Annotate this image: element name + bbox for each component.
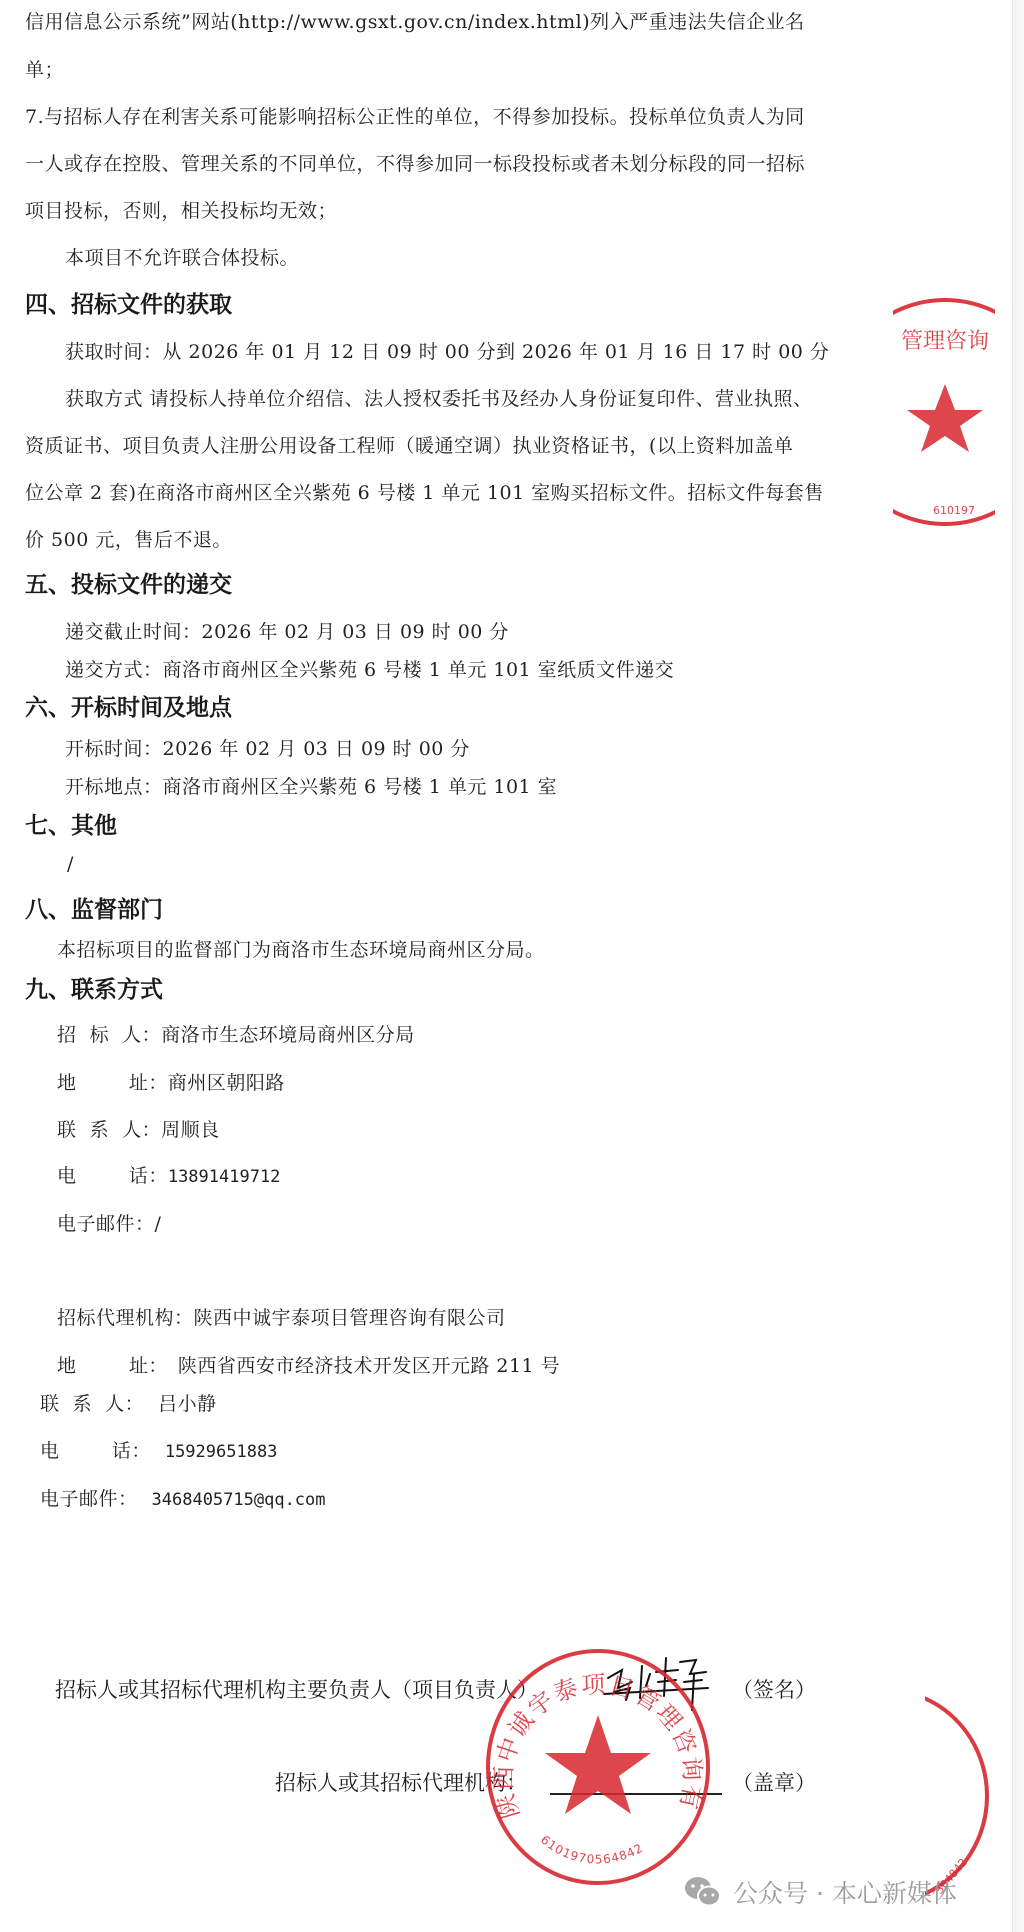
seal-blank-underline — [550, 1793, 722, 1795]
page-right-edge — [1012, 0, 1024, 1932]
agency-contact-label: 联 系 人： — [40, 1392, 144, 1416]
tenderer-address-value: 商州区朝阳路 — [168, 1072, 285, 1094]
agency-address-row: 地 址：陕西省西安市经济技术开发区开元路 211 号 — [57, 1354, 560, 1378]
tenderer-address-label: 地 址： — [57, 1071, 168, 1095]
agency-phone-label: 电 话： — [40, 1439, 151, 1463]
intro-line-2: 单； — [25, 58, 64, 82]
agency-contact-row: 联 系 人：吕小静 — [40, 1392, 217, 1416]
tenderer-contact-value: 周顺良 — [161, 1119, 220, 1141]
agency-phone-value: 15929651883 — [165, 1442, 278, 1462]
section6-line-1: 开标时间：2026 年 02 月 03 日 09 时 00 分 — [65, 737, 470, 761]
tenderer-name-row: 招 标 人：商洛市生态环境局商州区分局 — [57, 1023, 415, 1047]
partial-seal-top-number: 610197 — [933, 504, 975, 517]
section-heading-5: 五、投标文件的递交 — [25, 571, 232, 599]
tenderer-contact-label: 联 系 人： — [57, 1118, 161, 1142]
agency-address-value: 陕西省西安市经济技术开发区开元路 211 号 — [178, 1355, 560, 1377]
partial-seal-star-icon — [907, 384, 983, 452]
signature-principal-label: 招标人或其招标代理机构主要负责人（项目负责人） — [55, 1678, 538, 1702]
signature-suffix-sign: （签名） — [732, 1677, 816, 1703]
svg-text:6101970564842: 6101970564842 — [538, 1833, 646, 1867]
section-heading-8: 八、监督部门 — [25, 896, 163, 924]
agency-phone-row: 电 话：15929651883 — [40, 1439, 277, 1464]
agency-name-row: 招标代理机构：陕西中诚宇泰项目管理咨询有限公司 — [57, 1306, 506, 1330]
partial-seal-top-right: 管理咨询 610197 — [893, 296, 995, 528]
intro-line-5: 项目投标，否则，相关投标均无效； — [25, 199, 337, 223]
tenderer-phone-value: 13891419712 — [168, 1167, 281, 1187]
agency-name-value: 陕西中诚宇泰项目管理咨询有限公司 — [194, 1307, 506, 1329]
signature-suffix-seal: （盖章） — [732, 1770, 816, 1796]
partial-seal-bottom-right: 有限公司 564842 — [925, 1690, 995, 1902]
tenderer-phone-label: 电 话： — [57, 1164, 168, 1188]
section-heading-4: 四、招标文件的获取 — [25, 291, 232, 319]
tenderer-contact-row: 联 系 人：周顺良 — [57, 1118, 220, 1142]
agency-name-label: 招标代理机构： — [57, 1306, 194, 1330]
wechat-watermark: 公众号 · 本心新媒体 — [683, 1874, 957, 1910]
section5-line-1: 递交截止时间：2026 年 02 月 03 日 09 时 00 分 — [65, 620, 509, 644]
tenderer-email-label: 电子邮件： — [57, 1212, 155, 1236]
section-heading-6: 六、开标时间及地点 — [25, 694, 232, 722]
intro-line-6: 本项目不允许联合体投标。 — [65, 246, 299, 270]
section4-line-4: 位公章 2 套)在商洛市商州区全兴紫苑 6 号楼 1 单元 101 室购买招标文… — [25, 481, 824, 505]
partial-seal-top-text: 管理咨询 — [901, 329, 989, 354]
tenderer-email-row: 电子邮件：/ — [57, 1212, 161, 1236]
section4-line-2: 获取方式 请投标人持单位介绍信、法人授权委托书及经办人身份证复印件、营业执照、 — [65, 387, 813, 411]
section6-line-2: 开标地点：商洛市商州区全兴紫苑 6 号楼 1 单元 101 室 — [65, 775, 557, 799]
section4-line-3: 资质证书、项目负责人注册公用设备工程师（暖通空调）执业资格证书，(以上资料加盖单 — [25, 434, 793, 458]
section4-line-5: 价 500 元，售后不退。 — [25, 528, 232, 552]
tenderer-phone-row: 电 话：13891419712 — [57, 1164, 280, 1189]
seal-number: 6101970564842 — [538, 1833, 646, 1867]
intro-line-4: 一人或存在控股、管理关系的不同单位，不得参加同一标段投标或者未划分标段的同一招标 — [25, 152, 805, 176]
document-page: 信用信息公示系统”网站(http://www.gsxt.gov.cn/index… — [0, 0, 1024, 1932]
section-heading-9: 九、联系方式 — [25, 976, 163, 1004]
agency-contact-value: 吕小静 — [158, 1393, 217, 1415]
tenderer-address-row: 地 址：商州区朝阳路 — [57, 1071, 285, 1095]
agency-email-row: 电子邮件：3468405715@qq.com — [40, 1487, 326, 1512]
agency-email-value: 3468405715@qq.com — [152, 1490, 326, 1510]
seal-star-icon — [545, 1715, 651, 1814]
section8-line-1: 本招标项目的监督部门为商洛市生态环境局商州区分局。 — [57, 938, 545, 962]
wechat-icon — [683, 1875, 723, 1909]
agency-address-label: 地 址： — [57, 1354, 168, 1378]
tenderer-name-label: 招 标 人： — [57, 1023, 161, 1047]
signature-line-principal: 招标人或其招标代理机构主要负责人（项目负责人） — [55, 1677, 538, 1703]
intro-line-3: 7.与招标人存在利害关系可能影响招标公正性的单位，不得参加投标。投标单位负责人为… — [25, 105, 805, 129]
intro-line-1: 信用信息公示系统”网站(http://www.gsxt.gov.cn/index… — [25, 10, 805, 34]
tenderer-name-value: 商洛市生态环境局商州区分局 — [161, 1024, 415, 1046]
watermark-text: 公众号 · 本心新媒体 — [733, 1874, 957, 1910]
agency-email-label: 电子邮件： — [40, 1487, 138, 1511]
section4-line-1: 获取时间：从 2026 年 01 月 12 日 09 时 00 分到 2026 … — [65, 340, 829, 364]
handwritten-signature — [600, 1648, 720, 1728]
section-heading-7: 七、其他 — [25, 812, 117, 840]
tenderer-email-value: / — [155, 1213, 162, 1235]
section7-line-1: / — [67, 852, 74, 876]
section5-line-2: 递交方式：商洛市商州区全兴紫苑 6 号楼 1 单元 101 室纸质文件递交 — [65, 658, 674, 682]
signature-line-seal: 招标人或其招标代理机构： — [275, 1770, 527, 1796]
